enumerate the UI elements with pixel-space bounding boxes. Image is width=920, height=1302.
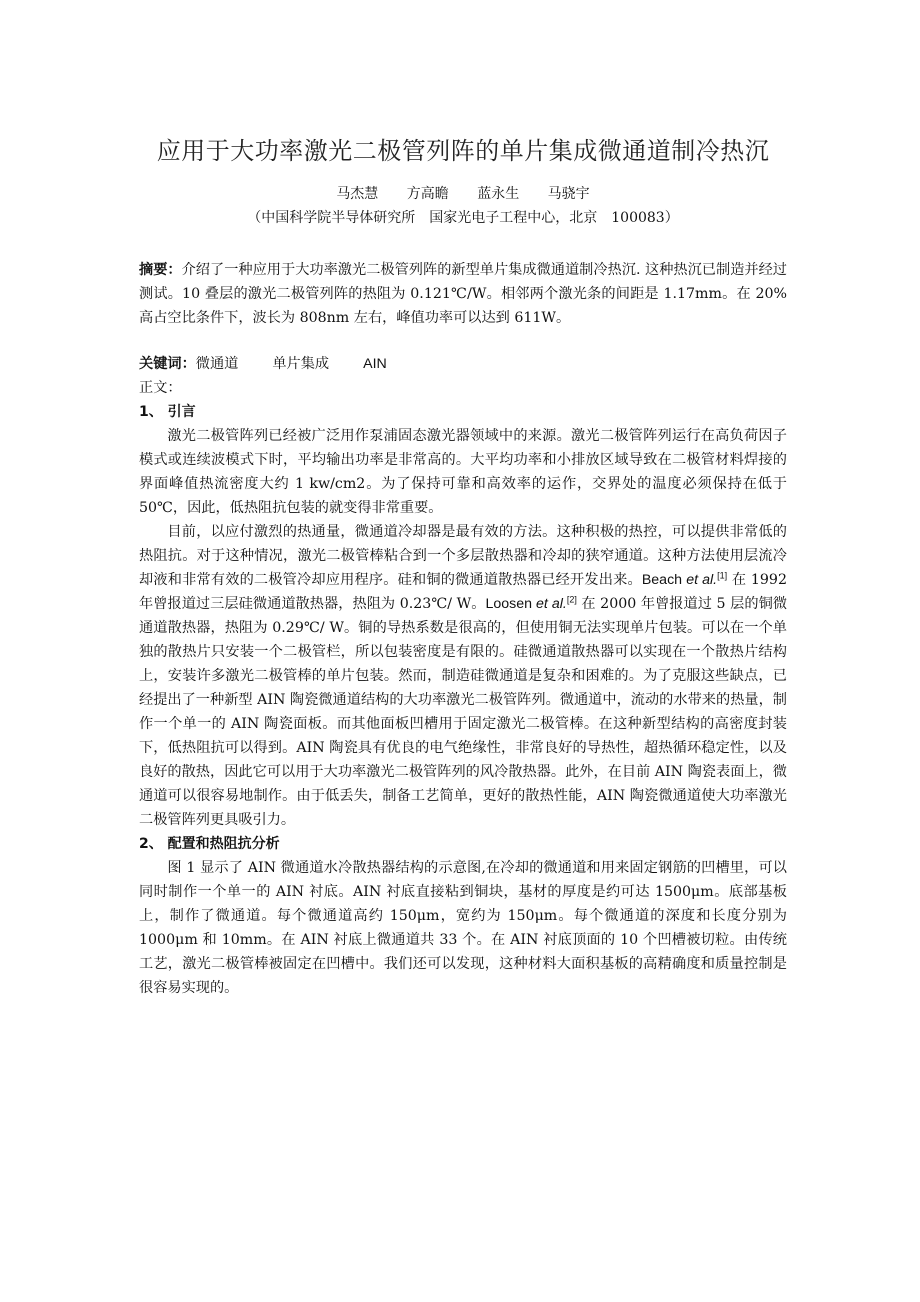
abstract: 摘要：介绍了一种应用于大功率激光二极管列阵的新型单片集成微通道制冷热沉. 这种热… — [139, 258, 787, 330]
keyword: 微通道 — [196, 356, 239, 372]
abstract-text: 介绍了一种应用于大功率激光二极管列阵的新型单片集成微通道制冷热沉. 这种热沉已制… — [139, 262, 787, 326]
author-name: 马骁宇 — [548, 186, 590, 202]
body-label: 正文： — [139, 376, 787, 400]
paragraph: 目前，以应付激烈的热通量，微通道冷却器是最有效的方法。这种积极的热控，可以提供非… — [139, 520, 787, 832]
paragraph: 图 1 显示了 AIN 微通道水冷散热器结构的示意图,在冷却的微通道和用来固定钢… — [139, 856, 787, 1000]
section-heading-configuration: 2、 配置和热阻抗分析 — [139, 832, 787, 856]
citation-author: Beach — [642, 572, 686, 588]
affiliation: （中国科学院半导体研究所 国家光电子工程中心，北京 100083） — [139, 208, 787, 228]
author-name: 蓝永生 — [477, 186, 519, 202]
citation-author: Loosen — [485, 596, 536, 612]
section-heading-introduction: 1、 引言 — [139, 400, 787, 424]
keywords-label: 关键词： — [139, 356, 196, 372]
citation-etal: et al. — [536, 596, 567, 612]
author-name: 方高瞻 — [407, 186, 449, 202]
citation-etal: et al. — [686, 572, 717, 588]
author-list: 马杰慧 方高瞻 蓝永生 马骁宇 — [139, 184, 787, 204]
paragraph-text: 在 2000 年曾报道过 5 层的铜微通道散热器，热阻为 0.29℃/ W。铜的… — [139, 596, 787, 828]
section-body-configuration: 图 1 显示了 AIN 微通道水冷散热器结构的示意图,在冷却的微通道和用来固定钢… — [139, 856, 787, 1000]
paper-title: 应用于大功率激光二极管列阵的单片集成微通道制冷热沉 — [139, 134, 787, 168]
author-name: 马杰慧 — [336, 186, 378, 202]
citation-ref: [1] — [717, 570, 727, 580]
keyword: AIN — [363, 356, 387, 372]
abstract-label: 摘要： — [139, 262, 182, 278]
keywords: 关键词：微通道单片集成AIN — [139, 352, 787, 376]
citation-ref: [2] — [567, 594, 577, 604]
paragraph: 激光二极管阵列已经被广泛用作泵浦固态激光器领域中的来源。激光二极管阵列运行在高负… — [139, 424, 787, 520]
keyword: 单片集成 — [272, 356, 329, 372]
section-body-introduction: 激光二极管阵列已经被广泛用作泵浦固态激光器领域中的来源。激光二极管阵列运行在高负… — [139, 424, 787, 832]
